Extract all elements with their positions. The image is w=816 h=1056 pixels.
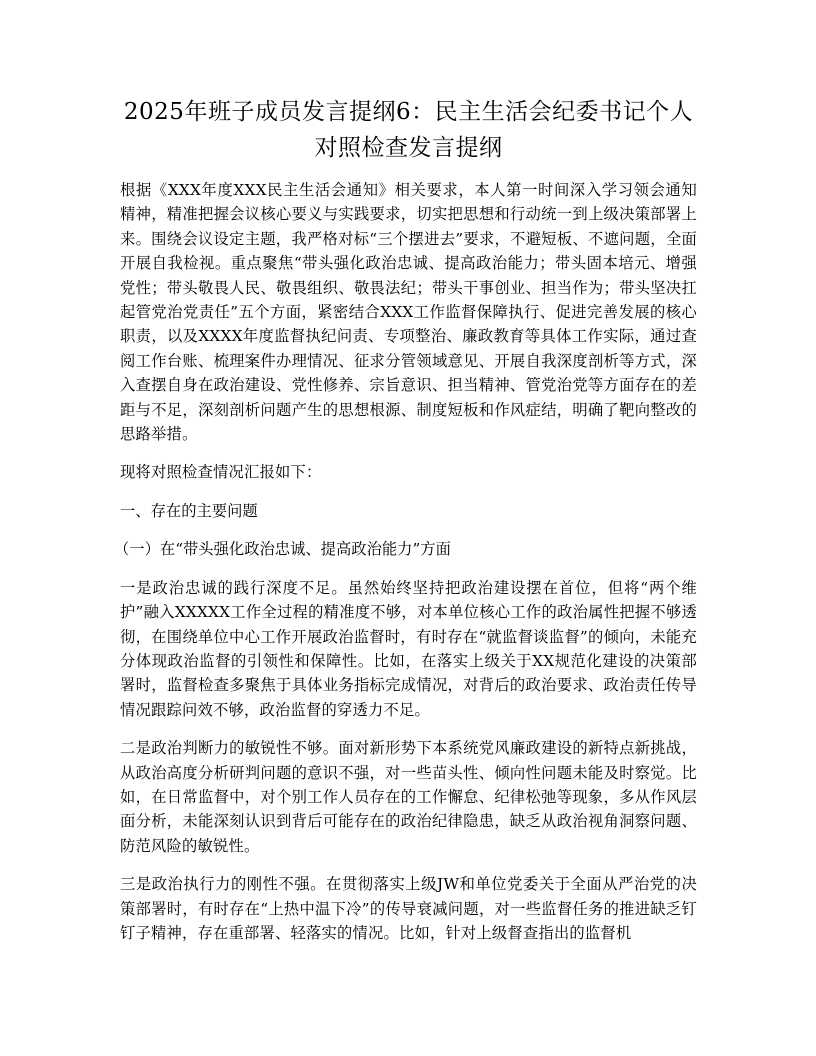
intro-paragraph: 根据《XXX年度XXX民主生活会通知》相关要求，本人第一时间深入学习领会通知精神…	[120, 178, 697, 446]
document-title: 2025年班子成员发言提纲6：民主生活会纪委书记个人对照检查发言提纲	[120, 94, 697, 166]
point-2-paragraph: 二是政治判断力的敏锐性不够。面对新形势下本系统党风廉政建设的新特点新挑战，从政治…	[120, 736, 697, 858]
section-heading-main-problems: 一、存在的主要问题	[120, 499, 697, 523]
report-lead-paragraph: 现将对照检查情况汇报如下：	[120, 460, 697, 484]
subsection-heading-political-loyalty: （一）在“带头强化政治忠诚、提高政治能力”方面	[114, 537, 697, 561]
document-page: 2025年班子成员发言提纲6：民主生活会纪委书记个人对照检查发言提纲 根据《XX…	[120, 94, 697, 959]
point-1-paragraph: 一是政治忠诚的践行深度不足。虽然始终坚持把政治建设摆在首位，但将“两个维护”融入…	[120, 576, 697, 722]
point-3-paragraph: 三是政治执行力的刚性不强。在贯彻落实上级JW和单位党委关于全面从严治党的决策部署…	[120, 872, 697, 945]
